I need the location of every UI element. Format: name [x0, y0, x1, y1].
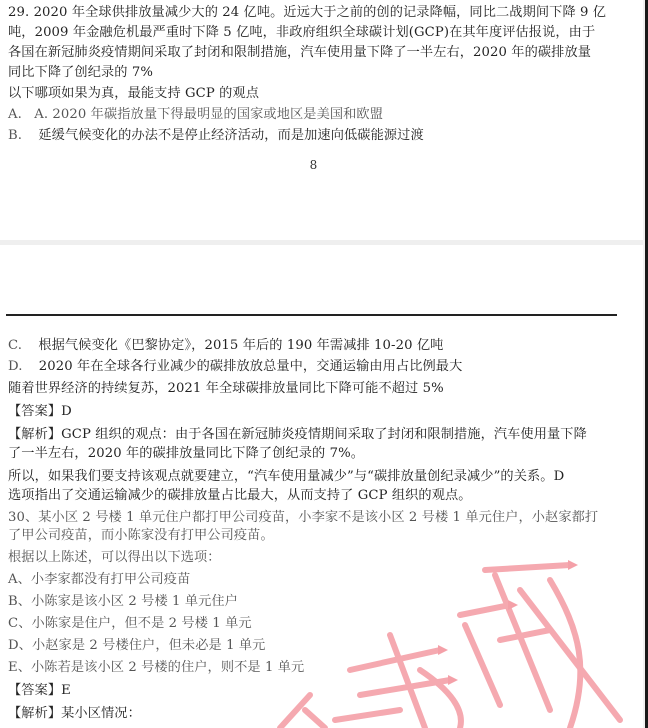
q30-option-a: A、小李家都没有打甲公司疫苗 — [8, 570, 190, 590]
q29-analysis-line-1: 【解析】GCP 组织的观点：由于各国在新冠肺炎疫情期间采取了封闭和限制措施，汽车… — [8, 425, 587, 445]
option-text: A. 2020 年碳指放量下得最明显的国家或地区是美国和欧盟 — [34, 107, 383, 122]
document-viewer[interactable]: 29. 2020 年全球供排放量减少大的 24 亿吨。近远大于之前的创的记录降幅… — [0, 0, 645, 728]
option-letter: D. — [8, 359, 23, 374]
page-number: 8 — [0, 158, 627, 172]
q30-prompt: 根据以上陈述，可以得出以下选项： — [8, 548, 221, 568]
q30-option-e: E、小陈若是该小区 2 号楼的住户，则不是 1 单元 — [8, 658, 304, 678]
q29-analysis-line-2: 了一半左右，2020 年的碳排放量同比下降了创纪录的 7%。 — [8, 444, 364, 464]
q29-prompt: 以下哪项如果为真，最能支持 GCP 的观点 — [8, 84, 259, 104]
q29-stem-line-1: 29. 2020 年全球供排放量减少大的 24 亿吨。近远大于之前的创的记录降幅… — [8, 3, 606, 23]
q30-option-b: B、小陈家是该小区 2 号楼 1 单元住户 — [8, 592, 238, 612]
option-letter: A. — [8, 107, 22, 122]
q29-option-d: D. 2020 年在全球各行业减少的碳排放放总量中，交通运输由用占比例最大 — [8, 357, 462, 377]
q29-option-a: A. A. 2020 年碳指放量下得最明显的国家或地区是美国和欧盟 — [8, 105, 383, 125]
q30-answer: 【答案】E — [8, 681, 71, 701]
page-header-rule — [6, 314, 617, 316]
q30-stem-line-2: 了甲公司疫苗，而小陈家没有打甲公司疫苗。 — [8, 526, 274, 546]
q29-analysis-line-3: 所以，如果我们要支持该观点就要建立，“汽车使用量减少”与“碳排放量创纪录减少”的… — [8, 467, 564, 487]
q30-option-d: D、小赵家是 2 号楼住户，但未必是 1 单元 — [8, 636, 265, 656]
q29-option-c: C. 根据气候变化《巴黎协定》，2015 年后的 190 年需减排 10-20 … — [8, 336, 443, 356]
option-letter: B. — [8, 128, 22, 143]
q29-stem-line-3: 各国在新冠肺炎疫情期间采取了封闭和限制措施，汽车使用量下降了一半左右，2020 … — [8, 43, 591, 63]
q30-analysis: 【解析】某小区情况： — [8, 704, 141, 724]
q29-stem-line-4: 同比下降了创纪录的 7% — [8, 63, 153, 83]
option-text: 2020 年在全球各行业减少的碳排放放总量中，交通运输由用占比例最大 — [39, 359, 463, 374]
q30-option-c: C、小陈家是住户，但不是 2 号楼 1 单元 — [8, 614, 252, 634]
q29-option-e: 随着世界经济的持续复苏，2021 年全球碳排放量同比下降可能不超过 5% — [8, 379, 444, 399]
q29-option-b: B. 延缓气候变化的办法不是停止经济活动，而是加速向低碳能源过渡 — [8, 126, 424, 146]
option-text: 延缓气候变化的办法不是停止经济活动，而是加速向低碳能源过渡 — [38, 128, 423, 143]
q29-answer: 【答案】D — [8, 402, 72, 422]
pdf-page-8: 29. 2020 年全球供排放量减少大的 24 亿吨。近远大于之前的创的记录降幅… — [0, 0, 645, 240]
q29-stem-line-2: 吨，2009 年金融危机最严重时下降 5 亿吨，非政府组织全球碳计划(GCP)在… — [8, 23, 595, 43]
q30-stem-line-1: 30、某小区 2 号楼 1 单元住户都打甲公司疫苗，小李家不是该小区 2 号楼 … — [8, 508, 598, 528]
option-text: 根据气候变化《巴黎协定》，2015 年后的 190 年需减排 10-20 亿吨 — [38, 338, 443, 353]
option-letter: C. — [8, 338, 22, 353]
q29-analysis-line-4: 选项指出了交通运输减少的碳排放量占比最大，从而支持了 GCP 组织的观点。 — [8, 486, 472, 506]
